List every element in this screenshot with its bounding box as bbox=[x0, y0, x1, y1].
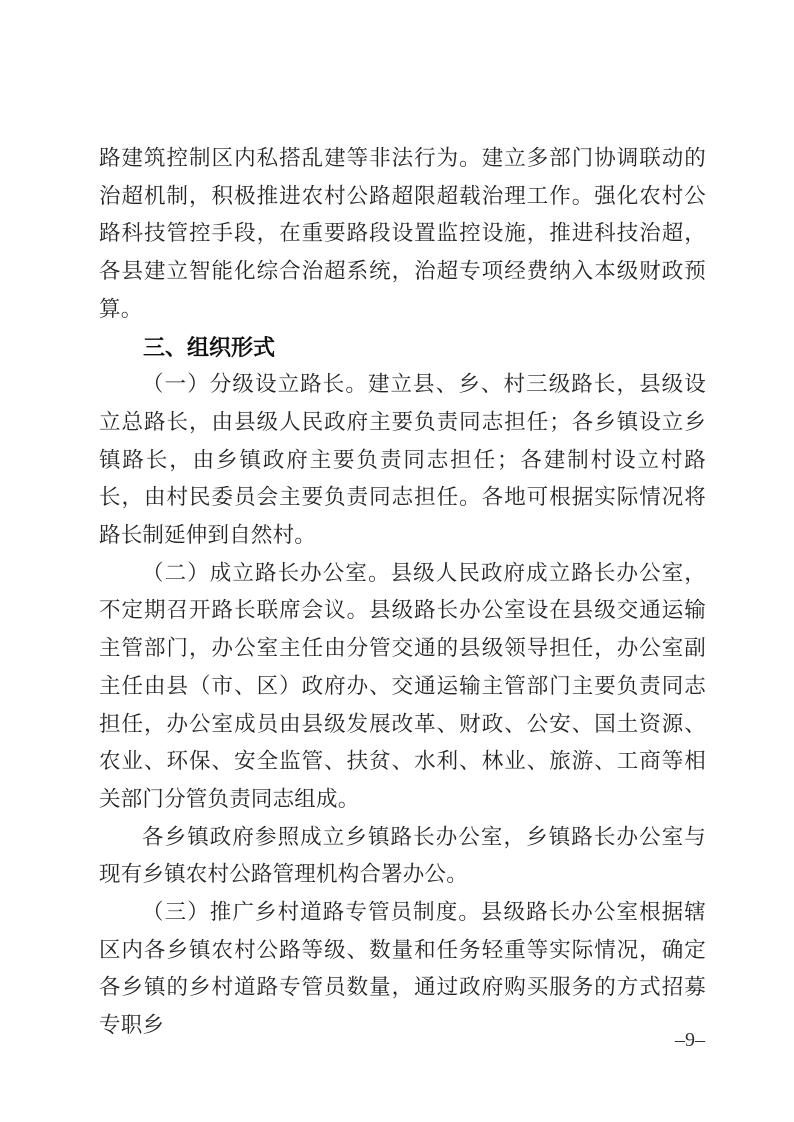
paragraph-item-three: （三）推广乡村道路专管员制度。县级路长办公室根据辖区内各乡镇农村公路等级、数量和… bbox=[99, 894, 706, 1045]
paragraph-item-three-lead: （三）推广乡村道路专管员制度。 bbox=[142, 900, 481, 924]
paragraph-item-two-lead: （二）成立路长办公室。 bbox=[142, 561, 391, 585]
paragraph-item-one-text: 建立县、乡、村三级路长，县级设立总路长，由县级人民政府主要负责同志担任；各乡镇设… bbox=[99, 372, 706, 547]
paragraph-township-office: 各乡镇政府参照成立乡镇路长办公室，乡镇路长办公室与现有乡镇农村公路管理机构合署办… bbox=[99, 819, 706, 894]
paragraph-item-one-lead: （一）分级设立路长。 bbox=[142, 372, 368, 396]
paragraph-item-two: （二）成立路长办公室。县级人民政府成立路长办公室，不定期召开路长联席会议。县级路… bbox=[99, 555, 706, 819]
paragraph-continuation: 路建筑控制区内私搭乱建等非法行为。建立多部门协调联动的治超机制，积极推进农村公路… bbox=[99, 140, 706, 329]
paragraph-item-two-text: 县级人民政府成立路长办公室，不定期召开路长联席会议。县级路长办公室设在县级交通运… bbox=[99, 561, 706, 811]
section-heading: 三、组织形式 bbox=[99, 329, 706, 367]
document-page: 路建筑控制区内私搭乱建等非法行为。建立多部门协调联动的治超机制，积极推进农村公路… bbox=[0, 0, 794, 1122]
page-number: –9– bbox=[675, 1029, 705, 1051]
page-footer: –9– bbox=[585, 1028, 705, 1052]
document-body: 路建筑控制区内私搭乱建等非法行为。建立多部门协调联动的治超机制，积极推进农村公路… bbox=[99, 140, 706, 1045]
paragraph-item-one: （一）分级设立路长。建立县、乡、村三级路长，县级设立总路长，由县级人民政府主要负… bbox=[99, 366, 706, 555]
